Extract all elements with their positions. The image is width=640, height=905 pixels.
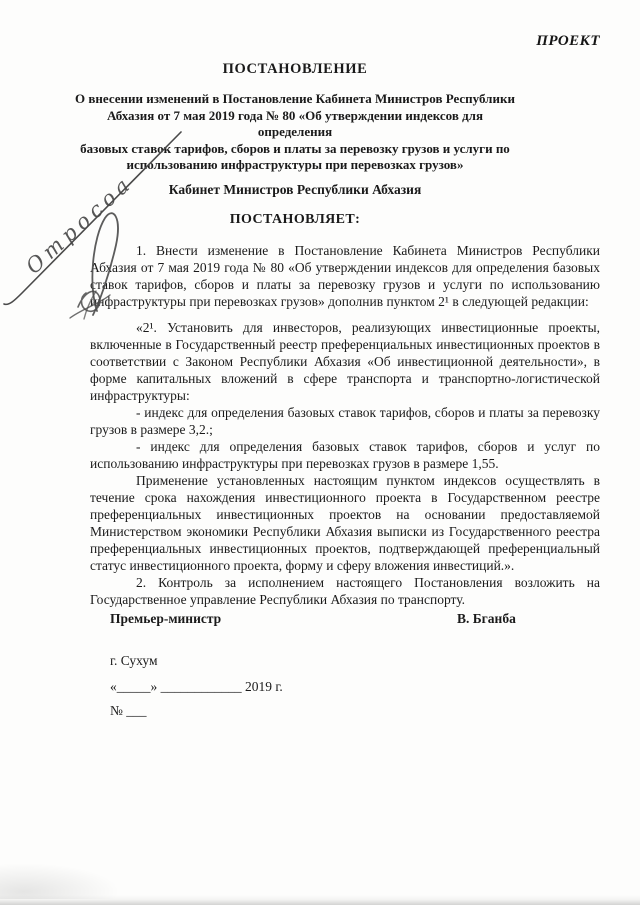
- place-line: г. Сухум: [110, 653, 158, 669]
- body-paragraph: 2. Контроль за исполнением настоящего По…: [90, 574, 600, 608]
- signature-scribble: [78, 291, 100, 311]
- signatory-title: Премьер-министр: [110, 611, 221, 627]
- number-blank-line: № ___: [110, 703, 147, 719]
- date-blank-line: «_____» ____________ 2019 г.: [110, 679, 283, 695]
- handwritten-annotation: Отросоа: [0, 125, 200, 325]
- document-type-title: ПОСТАНОВЛЕНИЕ: [75, 61, 515, 78]
- scanned-document-page: ПРОЕКТ ПОСТАНОВЛЕНИЕ О внесении изменени…: [0, 0, 640, 905]
- handwritten-text: Отросоа: [21, 170, 137, 278]
- draft-classification-label: ПРОЕКТ: [536, 33, 600, 50]
- signature-scribble: [70, 295, 110, 318]
- signature-scribble: [92, 213, 118, 315]
- body-paragraph: - индекс для определения базовых ставок …: [90, 438, 600, 472]
- scan-bottom-edge: [0, 895, 640, 905]
- body-paragraph: Применение установленных настоящим пункт…: [90, 472, 600, 574]
- signatory-name: В. Бганба: [457, 611, 516, 627]
- body-paragraph: «2¹. Установить для инвесторов, реализую…: [90, 319, 600, 404]
- scan-smudge: [0, 863, 120, 899]
- body-paragraph: - индекс для определения базовых ставок …: [90, 404, 600, 438]
